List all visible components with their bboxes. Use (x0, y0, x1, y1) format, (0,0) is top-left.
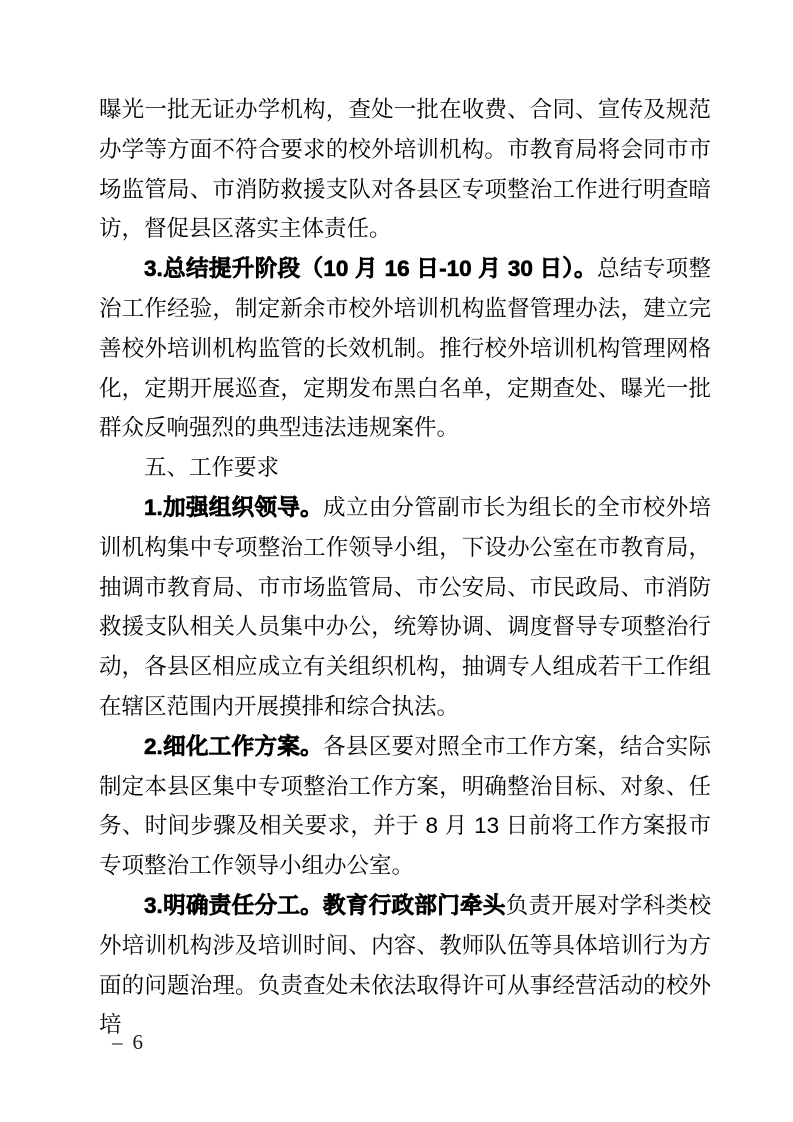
paragraph: 2.细化工作方案。各县区要对照全市工作方案，结合实际制定本县区集中专项整治工作方… (99, 727, 711, 886)
bold-text-run: 3.总结提升阶段（10 月 16 日-10 月 30 日）。 (144, 256, 597, 281)
page-number-dash: – (112, 1030, 123, 1054)
paragraph: 3.总结提升阶段（10 月 16 日-10 月 30 日）。总结专项整治工作经验… (99, 249, 711, 448)
document-page: 曝光一批无证办学机构，查处一批在收费、合同、宣传及规范办学等方面不符合要求的校外… (0, 0, 793, 1122)
paragraph: 3.明确责任分工。教育行政部门牵头负责开展对学科类校外培训机构涉及培训时间、内容… (99, 886, 711, 1045)
page-number: 6 (133, 1030, 144, 1054)
text-run: 成立由分管副市长为组长的全市校外培训机构集中专项整治工作领导小组，下设办公室在市… (99, 495, 711, 719)
page-footer: –6 (112, 1030, 143, 1055)
document-body: 曝光一批无证办学机构，查处一批在收费、合同、宣传及规范办学等方面不符合要求的校外… (99, 90, 711, 1045)
text-run: 总结专项整治工作经验，制定新余市校外培训机构监督管理办法，建立完善校外培训机构监… (99, 256, 711, 440)
paragraph: 1.加强组织领导。成立由分管副市长为组长的全市校外培训机构集中专项整治工作领导小… (99, 488, 711, 727)
text-run: 五、工作要求 (144, 455, 279, 480)
bold-text-run: 2.细化工作方案。 (144, 734, 323, 759)
paragraph: 曝光一批无证办学机构，查处一批在收费、合同、宣传及规范办学等方面不符合要求的校外… (99, 90, 711, 249)
text-run: 曝光一批无证办学机构，查处一批在收费、合同、宣传及规范办学等方面不符合要求的校外… (99, 97, 711, 241)
bold-text-run: 1.加强组织领导。 (144, 495, 323, 520)
bold-text-run: 3.明确责任分工。教育行政部门牵头 (144, 893, 506, 918)
section-heading: 五、工作要求 (99, 448, 711, 488)
